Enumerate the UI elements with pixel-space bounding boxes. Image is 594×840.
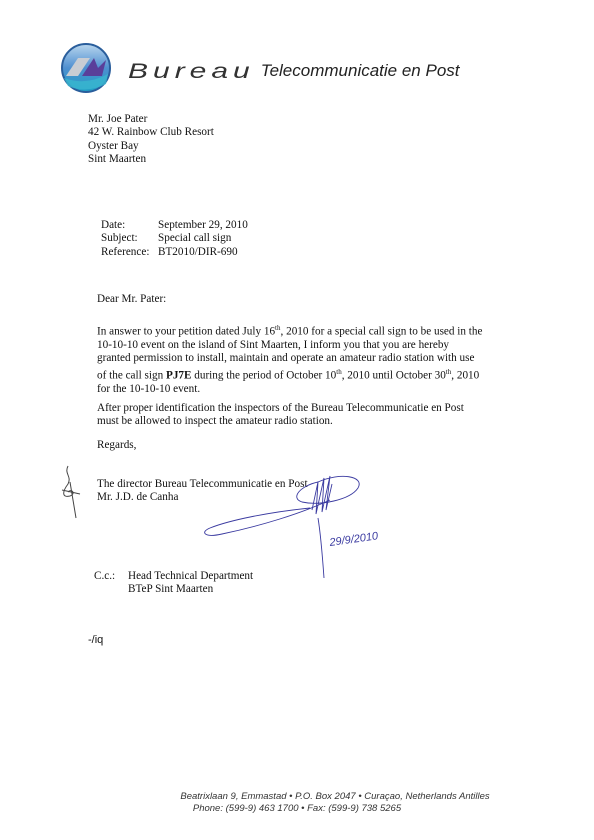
text: In answer to your petition dated July 16: [97, 326, 275, 338]
recipient-line: Oyster Bay: [88, 140, 214, 153]
paraph-mark-icon: [58, 462, 88, 520]
carbon-copy: C.c.: Head Technical Department BTeP Sin…: [94, 570, 253, 597]
paragraph-line: After proper identification the inspecto…: [97, 402, 464, 415]
reference-label: Reference:: [101, 246, 158, 259]
cc-recipient: BTeP Sint Maarten: [128, 583, 253, 596]
paragraph-line: for the 10-10-10 event.: [97, 383, 482, 396]
letterhead: BureauTelecommunicatie en Post: [128, 50, 460, 84]
reference-value: BT2010/DIR-690: [158, 246, 248, 259]
paragraph-line: must be allowed to inspect the amateur r…: [97, 415, 464, 428]
typist-initials: -/iq: [88, 634, 103, 646]
cc-label: C.c.:: [94, 570, 128, 583]
salutation: Dear Mr. Pater:: [97, 293, 166, 306]
cc-spacer: [94, 583, 128, 596]
date-value: September 29, 2010: [158, 219, 248, 232]
letter-meta: Date: September 29, 2010 Subject: Specia…: [101, 219, 248, 259]
date-row: Date: September 29, 2010: [101, 219, 248, 232]
cc-recipient: Head Technical Department: [128, 570, 253, 583]
body-paragraph-1: In answer to your petition dated July 16…: [97, 322, 482, 396]
text: , 2010 until October 30: [342, 369, 446, 381]
footer-contact: Phone: (599-9) 463 1700 • Fax: (599-9) 7…: [0, 803, 594, 814]
handwritten-date: 29/9/2010: [328, 530, 380, 549]
footer-address: Beatrixlaan 9, Emmastad • P.O. Box 2047 …: [38, 791, 594, 802]
body-paragraph-2: After proper identification the inspecto…: [97, 402, 464, 429]
date-label: Date:: [101, 219, 158, 232]
btp-globe-logo-icon: [60, 42, 112, 94]
recipient-line: 42 W. Rainbow Club Resort: [88, 126, 214, 139]
subject-label: Subject:: [101, 232, 158, 245]
subject-value: Special call sign: [158, 232, 248, 245]
text: of the call sign: [97, 369, 166, 381]
text: , 2010: [451, 369, 479, 381]
subject-row: Subject: Special call sign: [101, 232, 248, 245]
call-sign: PJ7E: [166, 369, 191, 381]
closing: Regards,: [97, 439, 136, 452]
recipient-line: Mr. Joe Pater: [88, 113, 214, 126]
brand-name: Bureau: [128, 60, 255, 84]
organization-name: Telecommunicatie en Post: [261, 61, 460, 80]
paragraph-line: of the call sign PJ7E during the period …: [97, 366, 482, 383]
recipient-address: Mr. Joe Pater 42 W. Rainbow Club Resort …: [88, 113, 214, 166]
reference-row: Reference: BT2010/DIR-690: [101, 246, 248, 259]
handwritten-signature-icon: 29/9/2010: [190, 470, 420, 580]
paragraph-line: In answer to your petition dated July 16…: [97, 322, 482, 339]
text: during the period of October 10: [191, 369, 336, 381]
text: , 2010 for a special call sign to be use…: [281, 326, 483, 338]
paragraph-line: 10-10-10 event on the island of Sint Maa…: [97, 339, 482, 352]
paragraph-line: granted permission to install, maintain …: [97, 352, 482, 365]
recipient-line: Sint Maarten: [88, 153, 214, 166]
